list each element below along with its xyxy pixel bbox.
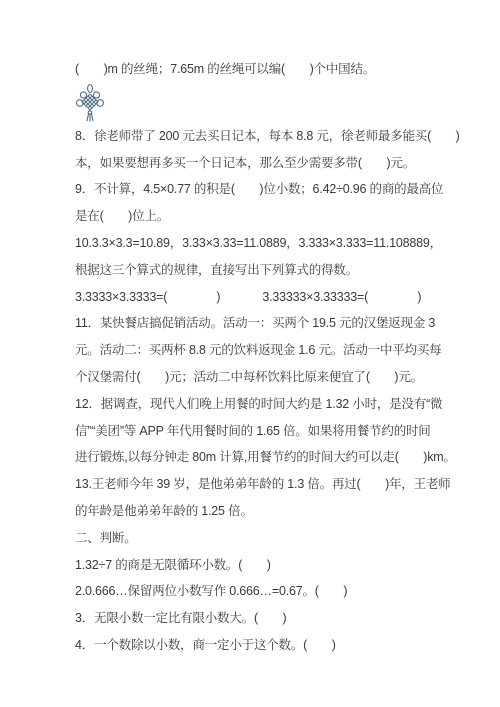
text-line-q9-2: 是在( )位上。 — [75, 203, 435, 230]
equation-row: 3.3333×3.3333=( ) 3.33333×3.33333=( ) — [75, 284, 435, 311]
text-line-q12-3: 进行锻炼,以每分钟走 80m 计算,用餐节约的时间大约可以走( )km。 — [75, 444, 435, 471]
text-line-q12-2: 信”“美团”等 APP 年代用餐时间的 1.65 倍。如果将用餐节约的时间 — [75, 418, 435, 445]
text-line-silk-rope: ( )m 的丝绳；7.65m 的丝绳可以编( )个中国结。 — [75, 56, 435, 83]
knot-image-row — [75, 83, 435, 123]
chinese-knot-icon — [75, 83, 105, 123]
text-line-q11-3: 个汉堡需付( )元；活动二中每杯饮料比原来便宜了( )元。 — [75, 364, 435, 391]
text-line-q11-2: 元。活动二：买两杯 8.8 元的饮料返现金 1.6 元。活动一中平均买每 — [75, 337, 435, 364]
text-line-judge-4: 4．一个数除以小数，商一定小于这个数。( ) — [75, 632, 435, 659]
text-line-judge-3: 3．无限小数一定比有限小数大。( ) — [75, 605, 435, 632]
text-line-q9-1: 9．不计算，4.5×0.77 的积是( )位小数；6.42÷0.96 的商的最高… — [75, 176, 435, 203]
text-line-q13-1: 13.王老师今年 39 岁，是他弟弟年龄的 1.3 倍。再过( )年，王老师 — [75, 471, 435, 498]
text-line-q10-1: 10.3.3×3.3=10.89，3.33×3.33=11.0889，3.333… — [75, 230, 435, 257]
text-line-judge-1: 1.32÷7 的商是无限循环小数。( ) — [75, 552, 435, 579]
text-line-q11-1: 11．某快餐店搞促销活动。活动一：买两个 19.5 元的汉堡返现金 3 — [75, 310, 435, 337]
worksheet-content: ( )m 的丝绳；7.65m 的丝绳可以编( )个中国结。 8．徐老师带了 20… — [75, 56, 435, 659]
text-line-q12-1: 12．据调查，现代人们晚上用餐的时间大约是 1.32 小时，是没有“微 — [75, 391, 435, 418]
worksheet-page: ( )m 的丝绳；7.65m 的丝绳可以编( )个中国结。 8．徐老师带了 20… — [0, 0, 500, 707]
text-line-judge-2: 2.0.666…保留两位小数写作 0.666…=0.67。( ) — [75, 578, 435, 605]
section-heading-judgment: 二、判断。 — [75, 525, 435, 552]
equation-right: 3.33333×3.33333=( ) — [262, 284, 421, 311]
text-line-q8-1: 8．徐老师带了 200 元去买日记本，每本 8.8 元，徐老师最多能买( ) — [75, 123, 435, 150]
text-line-q13-2: 的年龄是他弟弟年龄的 1.25 倍。 — [75, 498, 435, 525]
text-line-q8-2: 本，如果要想再多买一个日记本，那么至少需要多带( )元。 — [75, 150, 435, 177]
equation-left: 3.3333×3.3333=( ) — [75, 284, 220, 311]
text-line-q10-2: 根据这三个算式的规律，直接写出下列算式的得数。 — [75, 257, 435, 284]
